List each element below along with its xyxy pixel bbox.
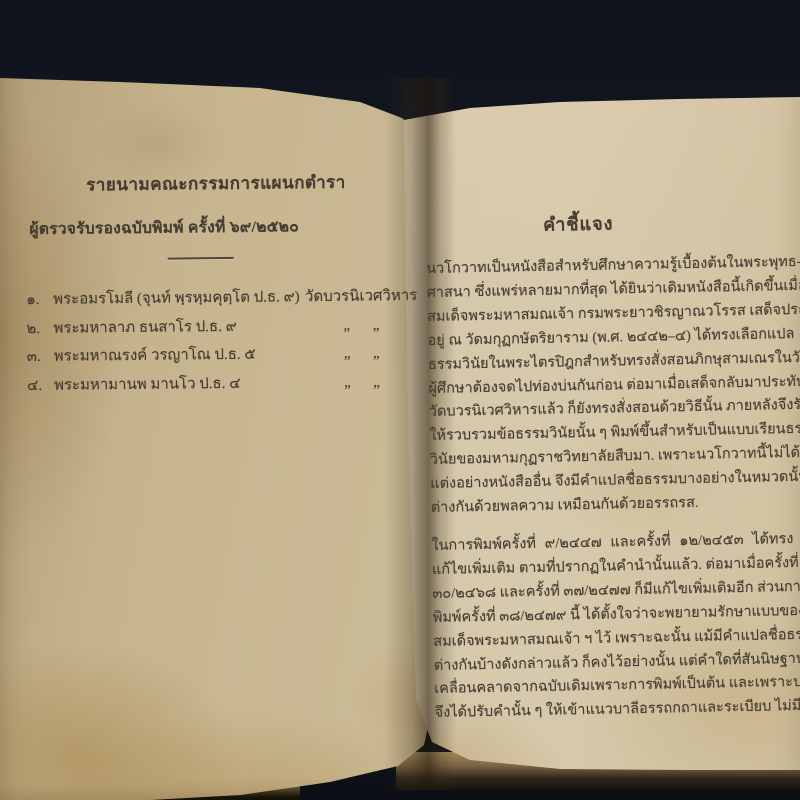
committee-row-number: ๔. — [27, 372, 54, 396]
committee-heading: รายนามคณะกรรมการแผนกตำรา — [25, 168, 421, 199]
committee-row-temple: „ „ — [300, 316, 422, 334]
committee-row-temple: „ „ — [301, 373, 423, 391]
committee-row-number: ๓. — [27, 344, 54, 368]
preface-paragraph-2: ในการพิมพ์ครั้งที่ ๙/๒๔๔๗ และครั้งที่ ๑๒… — [431, 528, 797, 726]
committee-row: ๑. พระอมรโมลี (จุนท์ พฺรหฺมคุตฺโต ป.ธ. ๙… — [26, 283, 422, 316]
committee-row-temple: „ „ — [301, 345, 423, 363]
committee-row-name: พระมหามานพ มานโว ป.ธ. ๔ — [54, 370, 301, 397]
committee-row-name: พระอมรโมลี (จุนท์ พฺรหฺมคุตฺโต ป.ธ. ๙) — [53, 284, 300, 311]
left-page-content: รายนามคณะกรรมการแผนกตำรา ผู้ตรวจรับรองฉบ… — [25, 168, 423, 401]
preface-paragraph-1: นวโกวาทเป็นหนังสือสำหรับศึกษาความรู้เบื้… — [426, 251, 793, 521]
committee-row: ๓. พระมหาณรงค์ วรญาโณ ป.ธ. ๕ „ „ — [27, 340, 423, 373]
committee-subheading: ผู้ตรวจรับรองฉบับพิมพ์ ครั้งที่ ๖๙/๒๕๒๐ — [25, 212, 421, 241]
committee-row-name: พระมหาณรงค์ วรญาโณ ป.ธ. ๕ — [54, 341, 301, 368]
committee-row-number: ๑. — [26, 287, 53, 311]
committee-row: ๒. พระมหาลาภ ธนสาโร ป.ธ. ๙ „ „ — [26, 311, 422, 344]
committee-list: ๑. พระอมรโมลี (จุนท์ พฺรหฺมคุตฺโต ป.ธ. ๙… — [26, 283, 423, 401]
preface-title: คำชี้แจง — [425, 205, 787, 241]
right-page-content: คำชี้แจง นวโกวาทเป็นหนังสือสำหรับศึกษาคว… — [425, 205, 797, 726]
committee-row: ๔. พระมหามานพ มานโว ป.ธ. ๔ „ „ — [27, 368, 423, 401]
committee-row-name: พระมหาลาภ ธนสาโร ป.ธ. ๙ — [53, 313, 300, 340]
divider-rule — [168, 257, 234, 260]
book-photo: รายนามคณะกรรมการแผนกตำรา ผู้ตรวจรับรองฉบ… — [0, 0, 800, 800]
committee-row-temple: วัดบวรนิเวศวิหาร — [300, 283, 422, 308]
committee-row-number: ๒. — [26, 315, 53, 339]
